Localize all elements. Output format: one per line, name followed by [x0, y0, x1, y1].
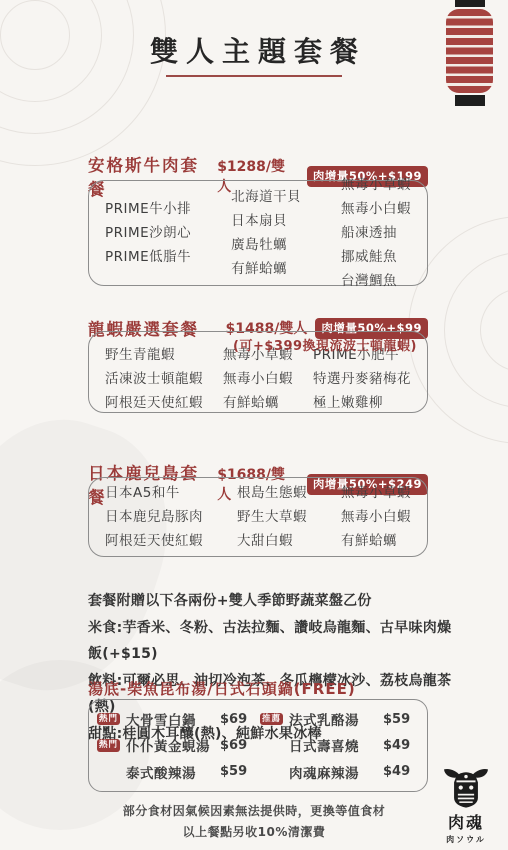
- items-box-lobster: (可+$399換現流波士頓龍蝦) 野生青龍蝦 活凍波士頓龍蝦 阿根廷天使紅蝦 無…: [88, 331, 428, 413]
- menu-item: 無毒小白蝦: [223, 367, 293, 391]
- soup-item-price: $69: [220, 738, 254, 753]
- soup-item: 日式壽喜燒 $49: [260, 732, 417, 758]
- item-column: 北海道干貝 日本扇貝 廣島牡蠣 有鮮蛤蠣: [231, 185, 301, 281]
- hot-badge: 熱門: [97, 713, 120, 726]
- menu-item: 無毒小草蝦: [341, 481, 411, 505]
- menu-item: 野生大草蝦: [237, 505, 307, 529]
- menu-page: 雙人主題套餐 安格斯牛肉套餐 $1288/雙人 肉增量50%+$199 PRIM…: [0, 0, 508, 850]
- menu-item: 北海道干貝: [231, 185, 301, 209]
- item-column: 日本A5和牛 日本鹿兒島豚肉 阿根廷天使紅蝦: [105, 481, 203, 553]
- menu-item: 阿根廷天使紅蝦: [105, 529, 203, 553]
- soup-item-name: 仆仆黃金蜆湯: [126, 735, 217, 755]
- soup-item-price: $59: [383, 712, 417, 727]
- menu-item: 根島生態蝦: [237, 481, 307, 505]
- item-column: 無毒小草蝦 無毒小白蝦 船凍透抽 挪威鮭魚 台灣鯛魚: [341, 173, 411, 293]
- menu-item: PRIME牛小排: [105, 197, 191, 221]
- lantern-cap: [455, 0, 485, 7]
- item-column: 根島生態蝦 野生大草蝦 大甜白蝦: [237, 481, 307, 553]
- footer-line: 部分食材因氣候因素無法提供時，更換等值食材: [0, 801, 508, 822]
- menu-item: 有鮮蛤蠣: [223, 391, 293, 415]
- soup-item-price: $49: [383, 738, 417, 753]
- soup-box: 熱門 大骨雪白鍋 $69 熱門 仆仆黃金蜆湯 $69 泰式酸辣湯 $59 推薦 …: [88, 699, 428, 792]
- soup-item: 熱門 大骨雪白鍋 $69: [97, 706, 254, 732]
- soup-item-name: 大骨雪白鍋: [126, 709, 217, 729]
- soup-item: 泰式酸辣湯 $59: [97, 759, 254, 785]
- footer-note: 部分食材因氣候因素無法提供時，更換等值食材 以上餐點另收10%清潔費: [0, 801, 508, 843]
- item-column: 無毒小草蝦 無毒小白蝦 有鮮蛤蠣: [341, 481, 411, 553]
- brand-logo: 肉魂 肉ソウル: [434, 768, 498, 845]
- brand-name: 肉魂: [434, 810, 498, 833]
- soup-item-price: $49: [383, 764, 417, 779]
- menu-item: 野生青龍蝦: [105, 343, 203, 367]
- menu-item: 日本鹿兒島豚肉: [105, 505, 203, 529]
- menu-item: 活凍波士頓龍蝦: [105, 367, 203, 391]
- menu-item: 日本A5和牛: [105, 481, 203, 505]
- item-column: 野生青龍蝦 活凍波士頓龍蝦 阿根廷天使紅蝦: [105, 343, 203, 415]
- soup-item-name: 法式乳酪湯: [289, 709, 380, 729]
- menu-item: 廣島牡蠣: [231, 233, 301, 257]
- items-box-kagoshima: 日本A5和牛 日本鹿兒島豚肉 阿根廷天使紅蝦 根島生態蝦 野生大草蝦 大甜白蝦 …: [88, 477, 428, 557]
- soup-item-name: 泰式酸辣湯: [126, 762, 217, 782]
- page-title: 雙人主題套餐: [0, 30, 508, 70]
- menu-item: 無毒小草蝦: [341, 173, 411, 197]
- soup-item-name: 肉魂麻辣湯: [289, 762, 380, 782]
- footer-line: 以上餐點另收10%清潔費: [0, 822, 508, 843]
- items-box-angus: PRIME牛小排 PRIME沙朗心 PRIME低脂牛 北海道干貝 日本扇貝 廣島…: [88, 180, 428, 286]
- upgrade-note: (可+$399換現流波士頓龍蝦): [233, 335, 417, 354]
- menu-item: PRIME低脂牛: [105, 245, 191, 269]
- included-line: 米食:芋香米、冬粉、古法拉麵、讚岐烏龍麵、古早味肉燥飯(+$15): [88, 615, 460, 668]
- menu-item: 船凍透抽: [341, 221, 411, 245]
- soup-item: 熱門 仆仆黃金蜆湯 $69: [97, 732, 254, 758]
- menu-item: 台灣鯛魚: [341, 269, 411, 293]
- menu-item: 特選丹麥豬梅花: [313, 367, 411, 391]
- menu-item: 有鮮蛤蠣: [341, 529, 411, 553]
- soup-item: 推薦 法式乳酪湯 $59: [260, 706, 417, 732]
- menu-item: 大甜白蝦: [237, 529, 307, 553]
- soup-item-price: $69: [220, 712, 254, 727]
- soup-item-price: $59: [220, 764, 254, 779]
- menu-item: 阿根廷天使紅蝦: [105, 391, 203, 415]
- soup-column-right: 推薦 法式乳酪湯 $59 日式壽喜燒 $49 肉魂麻辣湯 $49: [260, 706, 417, 785]
- menu-item: PRIME沙朗心: [105, 221, 191, 245]
- menu-item: 無毒小白蝦: [341, 505, 411, 529]
- included-line: 套餐附贈以下各兩份+雙人季節野蔬菜盤乙份: [88, 588, 460, 615]
- item-column: PRIME牛小排 PRIME沙朗心 PRIME低脂牛: [105, 197, 191, 269]
- recommended-badge: 推薦: [260, 713, 283, 726]
- soup-section-title: 湯底-柴魚昆布湯/日式石頭鍋(FREE): [88, 678, 356, 699]
- brand-subtitle: 肉ソウル: [434, 834, 498, 845]
- soup-column-left: 熱門 大骨雪白鍋 $69 熱門 仆仆黃金蜆湯 $69 泰式酸辣湯 $59: [97, 706, 254, 785]
- soup-item: 肉魂麻辣湯 $49: [260, 759, 417, 785]
- menu-item: 日本扇貝: [231, 209, 301, 233]
- bull-helmet-icon: [443, 768, 489, 810]
- menu-item: 極上嫩雞柳: [313, 391, 411, 415]
- lantern-base: [455, 95, 485, 106]
- menu-item: 有鮮蛤蠣: [231, 257, 301, 281]
- menu-item: 挪威鮭魚: [341, 245, 411, 269]
- title-underline: [166, 75, 342, 77]
- hot-badge: 熱門: [97, 739, 120, 752]
- menu-item: 無毒小白蝦: [341, 197, 411, 221]
- soup-item-name: 日式壽喜燒: [289, 735, 380, 755]
